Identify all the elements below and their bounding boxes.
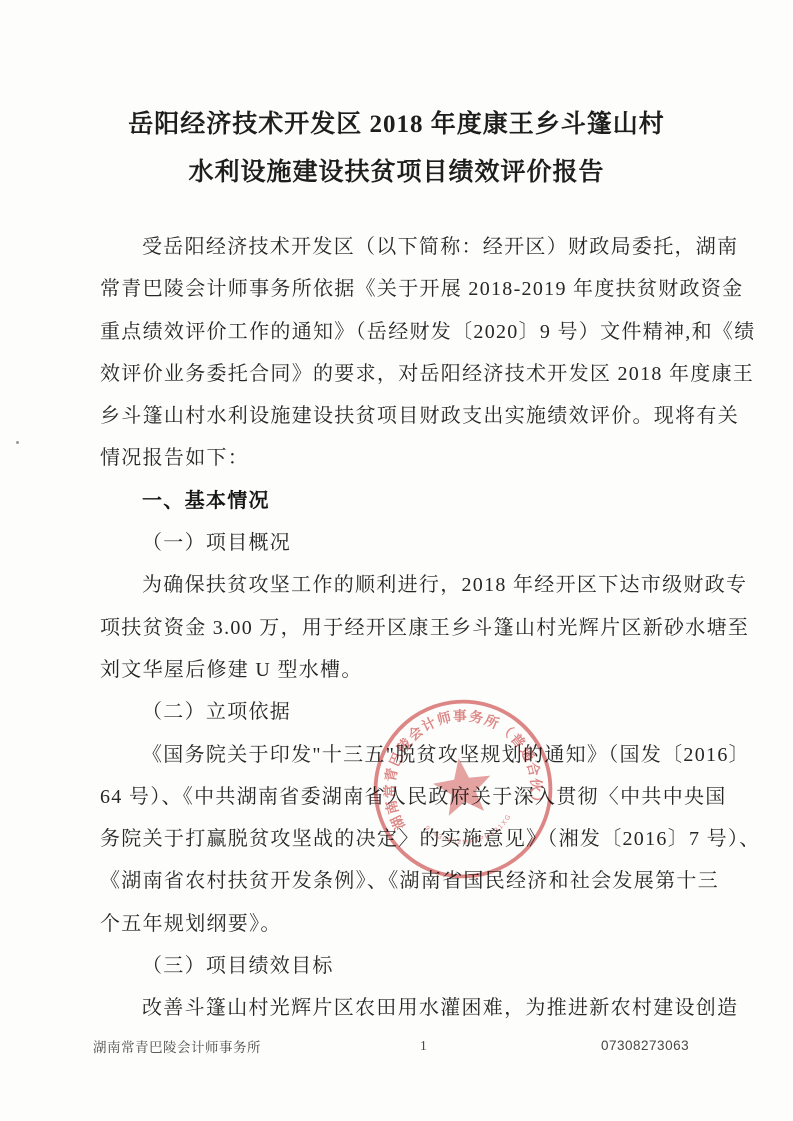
document-page: 岳阳经济技术开发区 2018 年度康王乡斗篷山村 水利设施建设扶贫项目绩效评价报… — [0, 0, 793, 1121]
body-line: 项扶贫资金 3.00 万，用于经开区康王乡斗篷山村光辉片区新砂水塘至 — [100, 607, 725, 649]
document-body: 受岳阳经济技术开发区（以下简称：经开区）财政局委托，湖南 常青巴陵会计师事务所依… — [100, 226, 725, 1030]
body-line: 改善斗篷山村光辉片区农田用水灌困难，为推进新农村建设创造 — [100, 987, 725, 1029]
scan-speck — [16, 441, 19, 444]
page-footer: 湖南常青巴陵会计师事务所 1 07308273063 — [0, 1036, 793, 1060]
subsection-heading: （一）项目概况 — [100, 522, 725, 564]
body-line: 情况报告如下： — [100, 437, 725, 479]
body-line: 刘文华屋后修建 U 型水槽。 — [100, 649, 725, 691]
footer-page-number: 1 — [420, 1038, 427, 1054]
body-line: 乡斗篷山村水利设施建设扶贫项目财政支出实施绩效评价。现将有关 — [100, 395, 725, 437]
body-line: 重点绩效评价工作的通知》（岳经财发〔2020〕9 号）文件精神,和《绩 — [100, 311, 725, 353]
body-line: 《湖南省农村扶贫开发条例》、《湖南省国民经济和社会发展第十三 — [100, 860, 725, 902]
body-line: 受岳阳经济技术开发区（以下简称：经开区）财政局委托，湖南 — [100, 226, 725, 268]
body-line: 为确保扶贫攻坚工作的顺利进行，2018 年经开区下达市级财政专 — [100, 564, 725, 606]
footer-phone-number: 07308273063 — [601, 1038, 689, 1053]
body-line: 《国务院关于印发"十三五"脱贫攻坚规划的通知》（国发〔2016〕 — [100, 734, 725, 776]
section-heading: 一、基本情况 — [100, 480, 725, 522]
body-line: 效评价业务委托合同》的要求，对岳阳经济技术开发区 2018 年度康王 — [100, 353, 725, 395]
body-line: 64 号）、《中共湖南省委湖南省人民政府关于深入贯彻〈中共中央国 — [100, 776, 725, 818]
body-line: 务院关于打赢脱贫攻坚战的决定〉的实施意见》（湘发〔2016〕7 号）、 — [100, 818, 725, 860]
body-line: 个五年规划纲要》。 — [100, 903, 725, 945]
footer-firm-name: 湖南常青巴陵会计师事务所 — [93, 1036, 261, 1056]
subsection-heading: （二）立项依据 — [100, 691, 725, 733]
document-title: 岳阳经济技术开发区 2018 年度康王乡斗篷山村 水利设施建设扶贫项目绩效评价报… — [0, 101, 793, 197]
subsection-heading: （三）项目绩效目标 — [100, 945, 725, 987]
title-line-2: 水利设施建设扶贫项目绩效评价报告 — [0, 149, 793, 197]
title-line-1: 岳阳经济技术开发区 2018 年度康王乡斗篷山村 — [0, 101, 793, 149]
body-line: 常青巴陵会计师事务所依据《关于开展 2018-2019 年度扶贫财政资金 — [100, 268, 725, 310]
